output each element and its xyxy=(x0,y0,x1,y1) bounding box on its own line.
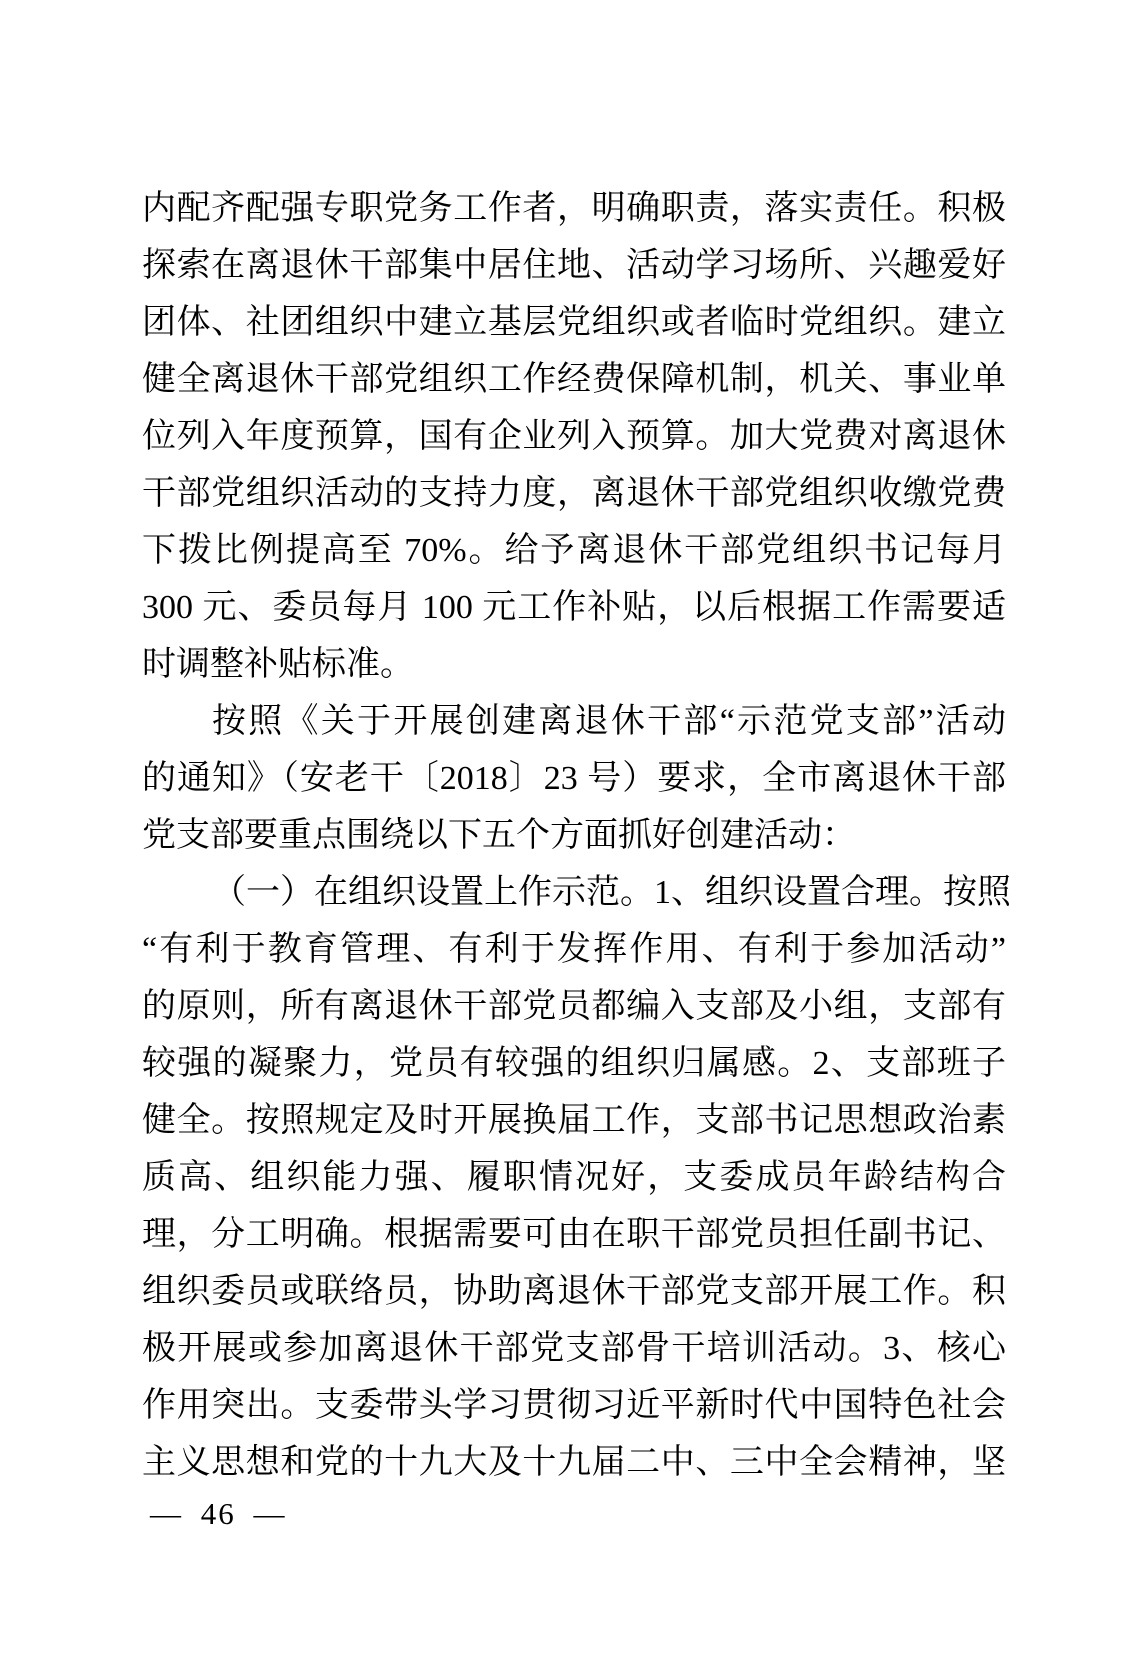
text-line-15: 的原则，所有离退休干部党员都编入支部及小组，支部有 xyxy=(142,978,1006,1035)
text-line-16: 较强的凝聚力，党员有较强的组织归属感。2、支部班子 xyxy=(142,1035,1006,1092)
text-line-11: 的通知》（安老干〔2018〕23 号）要求，全市离退休干部 xyxy=(142,750,1006,807)
text-line-04: 健全离退休干部党组织工作经费保障机制，机关、事业单 xyxy=(142,351,1006,408)
document-page: 内配齐配强专职党务工作者，明确职责，落实责任。积极 探索在离退休干部集中居住地、… xyxy=(0,0,1142,1654)
text-line-02: 探索在离退休干部集中居住地、活动学习场所、兴趣爱好 xyxy=(142,237,1006,294)
text-line-18: 质高、组织能力强、履职情况好，支委成员年龄结构合 xyxy=(142,1149,1006,1206)
document-body: 内配齐配强专职党务工作者，明确职责，落实责任。积极 探索在离退休干部集中居住地、… xyxy=(142,180,1006,1491)
text-line-08: 300 元、委员每月 100 元工作补贴，以后根据工作需要适 xyxy=(142,579,1006,636)
text-line-14: “有利于教育管理、有利于发挥作用、有利于参加活动” xyxy=(142,921,1006,978)
text-line-05: 位列入年度预算，国有企业列入预算。加大党费对离退休 xyxy=(142,408,1006,465)
text-line-23: 主义思想和党的十九大及十九届二中、三中全会精神，坚 xyxy=(142,1434,1006,1491)
text-line-07: 下拨比例提高至 70%。给予离退休干部党组织书记每月 xyxy=(142,522,1006,579)
page-number: — 46 — xyxy=(150,1494,287,1534)
text-line-17: 健全。按照规定及时开展换届工作，支部书记思想政治素 xyxy=(142,1092,1006,1149)
text-line-01: 内配齐配强专职党务工作者，明确职责，落实责任。积极 xyxy=(142,180,1006,237)
text-line-21: 极开展或参加离退休干部党支部骨干培训活动。3、核心 xyxy=(142,1320,1006,1377)
text-line-13: （一）在组织设置上作示范。1、组织设置合理。按照 xyxy=(142,864,1006,921)
text-line-09: 时调整补贴标准。 xyxy=(142,636,1006,693)
text-line-03: 团体、社团组织中建立基层党组织或者临时党组织。建立 xyxy=(142,294,1006,351)
text-line-19: 理，分工明确。根据需要可由在职干部党员担任副书记、 xyxy=(142,1206,1006,1263)
text-line-06: 干部党组织活动的支持力度，离退休干部党组织收缴党费 xyxy=(142,465,1006,522)
text-line-22: 作用突出。支委带头学习贯彻习近平新时代中国特色社会 xyxy=(142,1377,1006,1434)
text-line-12: 党支部要重点围绕以下五个方面抓好创建活动： xyxy=(142,807,1006,864)
text-line-20: 组织委员或联络员，协助离退休干部党支部开展工作。积 xyxy=(142,1263,1006,1320)
text-line-10: 按照《关于开展创建离退休干部“示范党支部”活动 xyxy=(142,693,1006,750)
